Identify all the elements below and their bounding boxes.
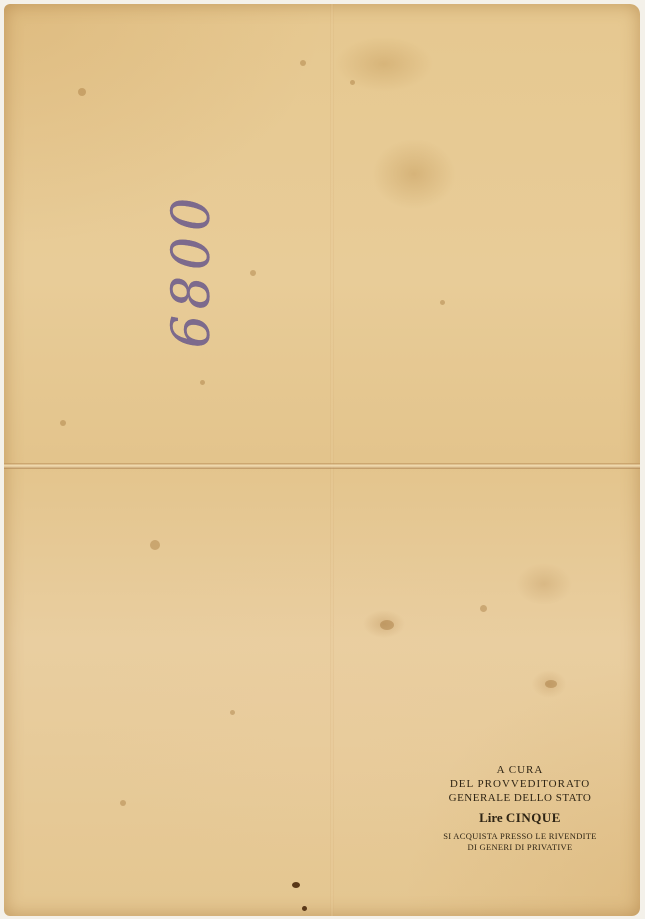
imprint-line-2: DEL PROVVEDITORATO xyxy=(430,777,610,791)
imprint-line-3: GENERALE DELLO STATO xyxy=(430,791,610,805)
foxing-spot xyxy=(440,300,445,305)
foxing-spot xyxy=(150,540,160,550)
foxing-spot xyxy=(60,420,66,426)
price-prefix: Lire xyxy=(479,810,503,825)
ink-spot xyxy=(302,906,307,911)
foxing-spot xyxy=(480,605,487,612)
price-value: CINQUE xyxy=(506,810,561,825)
foxing-spot xyxy=(350,80,355,85)
foxing-spot xyxy=(120,800,126,806)
foxing-spot xyxy=(250,270,256,276)
foxing-spot xyxy=(78,88,86,96)
sale-line-2: DI GENERI DI PRIVATIVE xyxy=(430,842,610,853)
horizontal-fold-crease xyxy=(4,463,640,469)
foxing-spot xyxy=(300,60,306,66)
price-line: Lire CINQUE xyxy=(430,810,610,826)
imprint-line-1: A CURA xyxy=(430,763,610,777)
sale-line-1: SI ACQUISTA PRESSO LE RIVENDITE xyxy=(430,831,610,842)
ink-spot xyxy=(292,882,300,888)
foxing-spot xyxy=(230,710,235,715)
handwritten-number: 6800 xyxy=(162,170,222,370)
foxing-spot xyxy=(380,620,394,630)
foxing-spot xyxy=(545,680,557,688)
vertical-crease xyxy=(330,4,334,916)
publisher-imprint: A CURA DEL PROVVEDITORATO GENERALE DELLO… xyxy=(430,763,610,853)
foxing-spot xyxy=(200,380,205,385)
